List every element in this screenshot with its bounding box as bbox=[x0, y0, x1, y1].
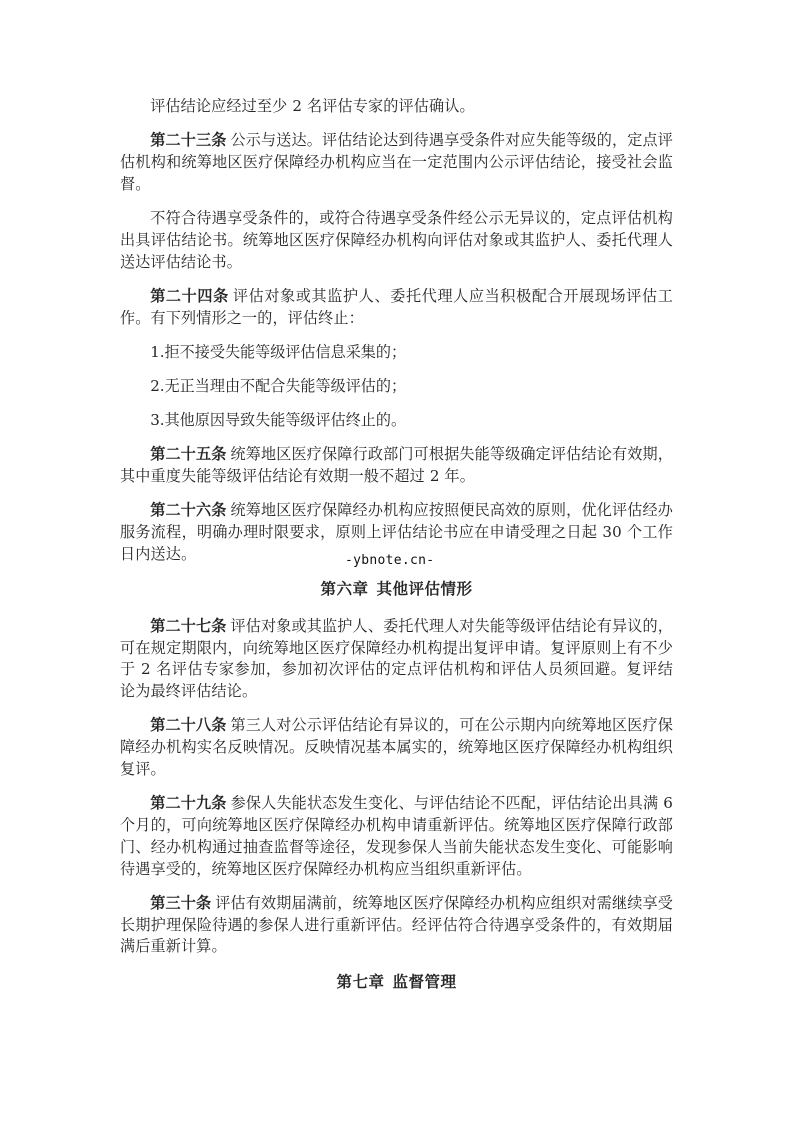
article-29: 第二十九条参保人失能状态发生变化、与评估结论不匹配，评估结论出具满 6 个月的，… bbox=[120, 793, 673, 880]
list-item-1: 1.拒不接受失能等级评估信息采集的； bbox=[120, 342, 673, 364]
paragraph-evaluation-confirmation: 评估结论应经过至少 2 名评估专家的评估确认。 bbox=[120, 96, 673, 118]
chapter-heading-6: 第六章其他评估情形 bbox=[120, 578, 673, 600]
article-number: 第二十七条 bbox=[150, 617, 226, 635]
article-number: 第二十六条 bbox=[150, 501, 226, 519]
paragraph-non-eligible: 不符合待遇享受条件的，或符合待遇享受条件经公示无异议的，定点评估机构出具评估结论… bbox=[120, 208, 673, 273]
article-23: 第二十三条公示与送达。评估结论达到待遇享受条件对应失能等级的，定点评估机构和统筹… bbox=[120, 130, 673, 195]
chapter-number: 第六章 bbox=[320, 579, 368, 598]
list-item-3: 3.其他原因导致失能等级评估终止的。 bbox=[120, 410, 673, 432]
article-number: 第二十九条 bbox=[150, 794, 226, 812]
article-number: 第二十八条 bbox=[150, 716, 226, 734]
article-number: 第二十四条 bbox=[150, 287, 229, 305]
article-25: 第二十五条统筹地区医疗保障行政部门可根据失能等级确定评估结论有效期，其中重度失能… bbox=[120, 444, 673, 488]
article-30: 第三十条评估有效期届满前，统筹地区医疗保障经办机构应组织对需继续享受长期护理保险… bbox=[120, 893, 673, 958]
article-27: 第二十七条评估对象或其监护人、委托代理人对失能等级评估结论有异议的，可在规定期限… bbox=[120, 616, 673, 703]
paragraph-text: 评估结论应经过至少 2 名评估专家的评估确认。 bbox=[150, 97, 475, 115]
chapter-heading-7: 第七章监督管理 bbox=[120, 971, 673, 993]
chapter-number: 第七章 bbox=[336, 972, 384, 991]
article-number: 第二十三条 bbox=[150, 131, 226, 149]
watermark: -ybnote.cn- bbox=[345, 553, 434, 569]
list-item-2: 2.无正当理由不配合失能等级评估的； bbox=[120, 376, 673, 398]
chapter-title: 其他评估情形 bbox=[377, 579, 473, 598]
article-number: 第三十条 bbox=[150, 894, 211, 912]
article-number: 第二十五条 bbox=[150, 445, 226, 463]
article-24: 第二十四条评估对象或其监护人、委托代理人应当积极配合开展现场评估工作。有下列情形… bbox=[120, 286, 673, 330]
article-28: 第二十八条第三人对公示评估结论有异议的，可在公示期内向统筹地区医疗保障经办机构实… bbox=[120, 715, 673, 780]
chapter-title: 监督管理 bbox=[393, 972, 457, 991]
paragraph-text: 不符合待遇享受条件的，或符合待遇享受条件经公示无异议的，定点评估机构出具评估结论… bbox=[120, 209, 673, 271]
